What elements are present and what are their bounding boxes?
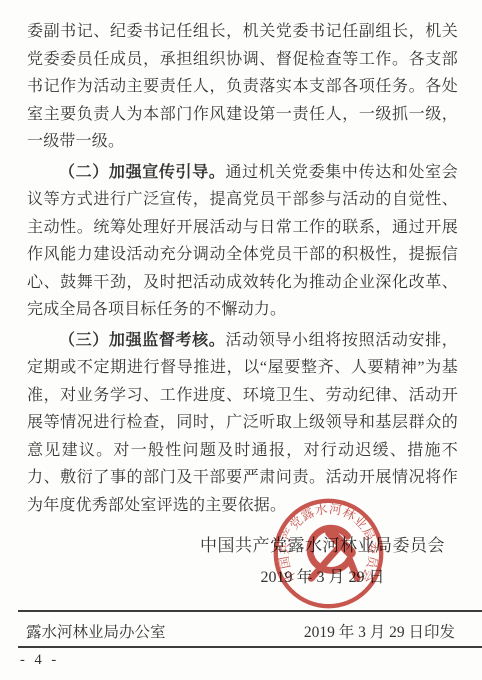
- document-body: 委副书记、纪委书记任组长，机关党委书记任副组长，机关党委委员任成员，承担组织协调…: [27, 18, 458, 519]
- document-page: 委副书记、纪委书记任组长，机关党委书记任副组长，机关党委委员任成员，承担组织协调…: [0, 0, 482, 680]
- page-number: - 4 -: [20, 652, 59, 669]
- paragraph-text: 通过机关党委集中传达和处室会议等方式进行广泛宣传，提高党员干部参与活动的自觉性、…: [27, 164, 458, 319]
- footer-issuer: 露水河林业局办公室: [26, 620, 166, 642]
- footer-rule-top: [18, 610, 482, 612]
- paragraph: 委副书记、纪委书记任组长，机关党委书记任副组长，机关党委委员任成员，承担组织协调…: [27, 18, 458, 156]
- signature-block: 中国共产党露水河林业局委员会 2019 年 3 月 29 日: [200, 536, 445, 588]
- paragraph-text: 活动领导小组将按照活动安排，定期或不定期进行督导推进，以“屋要整齐、人要精神”为…: [27, 332, 458, 514]
- paragraph: （二）加强宣传引导。通过机关党委集中传达和处室会议等方式进行广泛宣传，提高党员干…: [27, 159, 458, 324]
- footer-rule-bottom: [18, 646, 482, 648]
- footer-print-date: 2019 年 3 月 29 日印发: [304, 620, 455, 642]
- footer-row: 露水河林业局办公室 2019 年 3 月 29 日印发: [26, 620, 455, 642]
- paragraph-lead: （二）加强宣传引导。: [59, 164, 225, 181]
- paragraph-lead: （三）加强监督考核。: [59, 332, 225, 349]
- signature-date: 2019 年 3 月 29 日: [200, 568, 445, 588]
- paragraph: （三）加强监督考核。活动领导小组将按照活动安排，定期或不定期进行督导推进，以“屋…: [27, 327, 458, 520]
- paragraph-text: 委副书记、纪委书记任组长，机关党委书记任副组长，机关党委委员任成员，承担组织协调…: [27, 23, 458, 150]
- signature-org: 中国共产党露水河林业局委员会: [200, 536, 445, 556]
